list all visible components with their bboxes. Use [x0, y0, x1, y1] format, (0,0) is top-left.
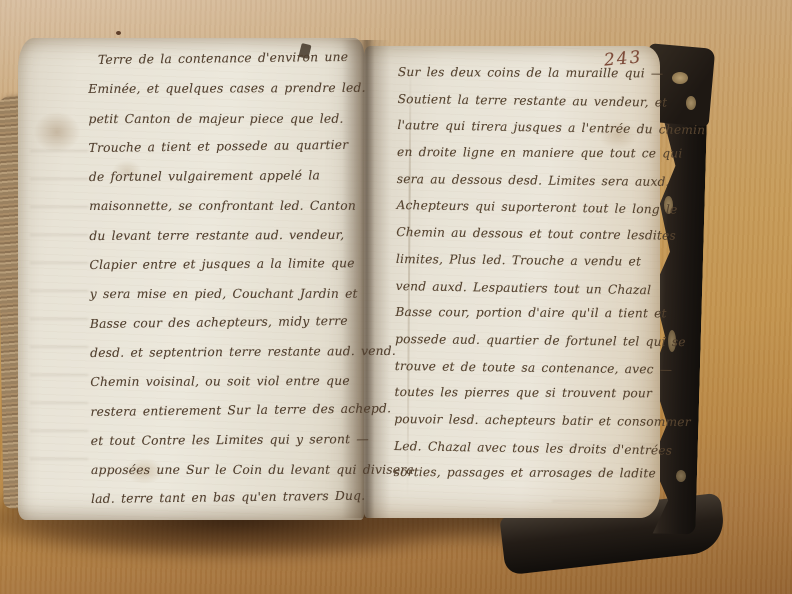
table-speck [116, 31, 121, 35]
manuscript-line: Terre de la contenance d'environ une [98, 50, 366, 83]
manuscript-line: limites, Plus led. Trouche a vendu et [396, 252, 664, 281]
manuscript-line: et tout Contre les Limites qui y seront … [91, 432, 369, 463]
manuscript-line: y sera mise en pied, Couchant Jardin et [90, 287, 368, 317]
manuscript-line: desd. et septentrion terre restante aud.… [90, 344, 368, 375]
manuscript-line: sera au dessous desd. Limites sera auxd. [397, 172, 665, 201]
manuscript-line: Clapier entre et jusques a la limite que [89, 256, 367, 287]
manuscript-line: de fortunel vulgairement appelé la [89, 168, 367, 199]
manuscript-line: maisonnette, se confrontant led. Canton [89, 199, 367, 229]
manuscript-line: Sur les deux coins de la muraille qui — [398, 65, 666, 93]
cover-wear-spot [672, 72, 688, 84]
manuscript-line: Basse cour, portion d'aire qu'il a tient… [395, 305, 663, 333]
manuscript-line: sorties, passages et arrosages de ladite [394, 465, 662, 493]
manuscript-line: apposées une Sur le Coin du levant qui d… [91, 463, 369, 493]
left-page-manuscript-text: Terre de la contenance d'environ uneEmin… [88, 51, 369, 522]
manuscript-line: Soutient la terre restante au vendeur, e… [397, 92, 665, 122]
manuscript-line: en droite ligne en maniere que tout ce q… [397, 145, 665, 173]
manuscript-line: petit Canton de majeur piece que led. [88, 111, 366, 141]
manuscript-line: lad. terre tant en bas qu'en travers Duq… [91, 489, 369, 522]
cover-wear-spot [676, 470, 686, 482]
manuscript-line: Chemin au dessous et tout contre lesdite… [396, 225, 664, 255]
manuscript-line: du levant terre restante aud. vendeur, [89, 228, 367, 259]
paper-stain [34, 112, 80, 152]
manuscript-line: Chemin voisinal, ou soit viol entre que [90, 374, 368, 405]
manuscript-line: Trouche a tient et possede au quartier [89, 137, 367, 170]
manuscript-line: pouvoir lesd. achepteurs batir et consom… [394, 412, 662, 441]
manuscript-line: Eminée, et quelques cases a prendre led. [88, 81, 366, 112]
photo-open-manuscript-book: Terre de la contenance d'environ uneEmin… [0, 0, 792, 594]
right-page-manuscript-text: Sur les deux coins de la muraille qui —S… [394, 65, 666, 495]
manuscript-line: toutes les pierres que si trouvent pour [394, 385, 662, 413]
manuscript-line: restera entierement Sur la terre des ach… [90, 401, 368, 434]
cover-wear-spot [686, 96, 696, 110]
manuscript-line: Basse cour des achepteurs, midy terre [90, 313, 368, 346]
manuscript-line: possede aud. quartier de fortunel tel qu… [395, 332, 663, 361]
